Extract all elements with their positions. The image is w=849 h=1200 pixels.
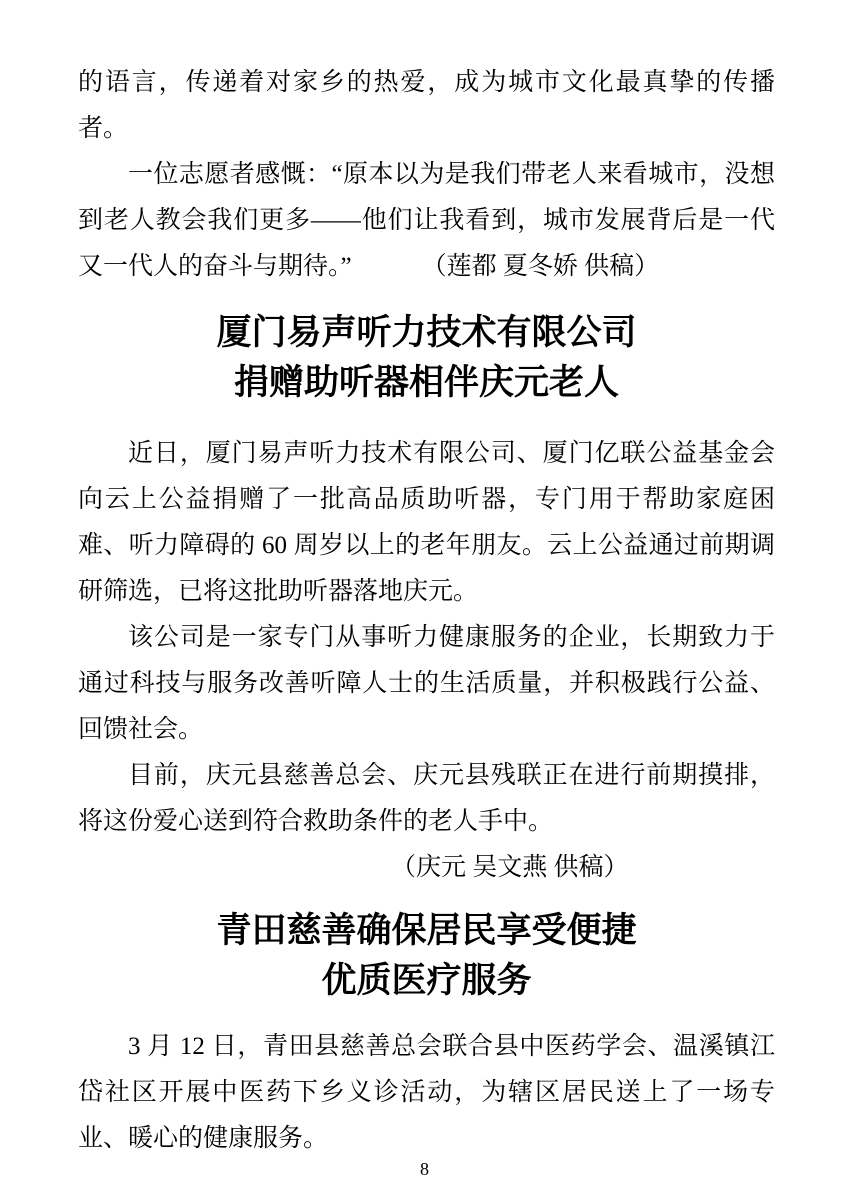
page-number: 8 (0, 1158, 849, 1180)
document-body: 的语言，传递着对家乡的热爱，成为城市文化最真挚的传播者。 一位志愿者感慨：“原本… (78, 60, 775, 1162)
article1-title-line1: 厦门易声听力技术有限公司 (78, 308, 775, 358)
attribution-liandu: （莲都 夏冬娇 供稿） (422, 253, 660, 280)
article1-paragraph-2: 该公司是一家专门从事听力健康服务的企业，长期致力于通过科技与服务改善听障人士的生… (78, 615, 775, 753)
article1-title: 厦门易声听力技术有限公司 捐赠助听器相伴庆元老人 (78, 308, 775, 408)
article2-title-line1: 青田慈善确保居民享受便捷 (78, 906, 775, 956)
article2-title: 青田慈善确保居民享受便捷 优质医疗服务 (78, 906, 775, 1006)
document-page: 的语言，传递着对家乡的热爱，成为城市文化最真挚的传播者。 一位志愿者感慨：“原本… (0, 0, 849, 1200)
article2-title-line2: 优质医疗服务 (78, 956, 775, 1006)
article1-title-line2: 捐赠助听器相伴庆元老人 (78, 358, 775, 408)
attribution-qingyuan: （庆元 吴文燕 供稿） (78, 845, 775, 891)
article1-paragraph-1: 近日，厦门易声听力技术有限公司、厦门亿联公益基金会向云上公益捐赠了一批高品质助听… (78, 431, 775, 615)
attribution-spacer (352, 273, 422, 274)
article2-paragraph-1: 3 月 12 日，青田县慈善总会联合县中医药学会、温溪镇江岱社区开展中医药下乡义… (78, 1024, 775, 1162)
continuation-tail-line: 的语言，传递着对家乡的热爱，成为城市文化最真挚的传播者。 (78, 60, 775, 152)
volunteer-quote-paragraph: 一位志愿者感慨：“原本以为是我们带老人来看城市，没想到老人教会我们更多——他们让… (78, 152, 775, 290)
article1-paragraph-3: 目前，庆元县慈善总会、庆元县残联正在进行前期摸排，将这份爱心送到符合救助条件的老… (78, 753, 775, 845)
